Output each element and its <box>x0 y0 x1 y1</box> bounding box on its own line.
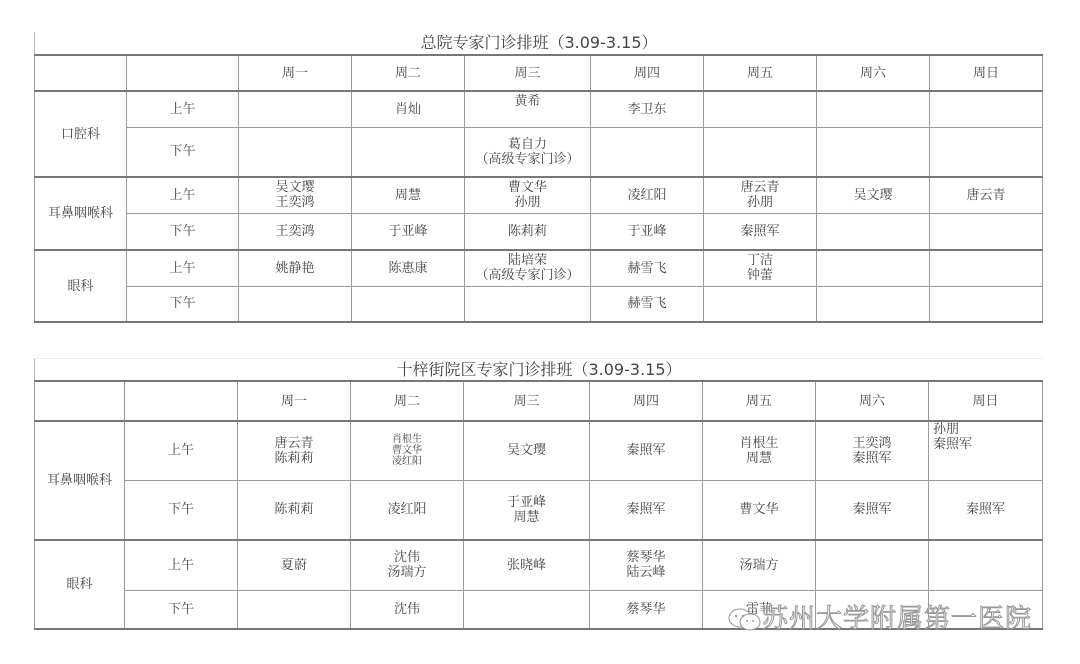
doctor-cell <box>239 286 352 322</box>
day-header: 周日 <box>929 381 1043 421</box>
day-header: 周三 <box>465 55 591 91</box>
doctor-cell: 黄希 <box>465 91 591 127</box>
doctor-cell <box>817 127 930 177</box>
schedule-table: 周一 周二 周三 周四 周五 周六 周日 耳鼻咽喉科 上午 唐云青 陈莉莉 肖根… <box>34 380 1043 630</box>
doctor-cell: 唐云青 <box>930 177 1043 213</box>
doctor-cell: 周慧 <box>352 177 465 213</box>
doctor-cell: 赫雪飞 <box>591 286 704 322</box>
doctor-cell: 秦照军 <box>704 213 817 250</box>
wechat-icon <box>728 607 762 633</box>
department-cell: 口腔科 <box>35 91 127 177</box>
doctor-cell <box>930 127 1043 177</box>
day-header: 周六 <box>817 55 930 91</box>
doctor-cell <box>930 213 1043 250</box>
schedule-table: 周一 周二 周三 周四 周五 周六 周日 口腔科 上午 肖灿 黄希 李卫东 下午… <box>34 54 1043 323</box>
doctor-cell: 张晓峰 <box>464 540 590 590</box>
day-header: 周三 <box>464 381 590 421</box>
doctor-cell: 汤瑞方 <box>703 540 816 590</box>
doctor-cell <box>817 250 930 286</box>
session-cell: 下午 <box>125 480 238 540</box>
header-row: 周一 周二 周三 周四 周五 周六 周日 <box>35 381 1043 421</box>
doctor-cell <box>817 286 930 322</box>
doctor-cell <box>464 590 590 629</box>
table-row: 口腔科 上午 肖灿 黄希 李卫东 <box>35 91 1043 127</box>
day-header: 周六 <box>816 381 929 421</box>
doctor-cell: 秦照军 <box>590 421 703 480</box>
doctor-cell: 凌红阳 <box>591 177 704 213</box>
doctor-cell: 陈莉莉 <box>465 213 591 250</box>
doctor-cell: 唐云青 孙朋 <box>704 177 817 213</box>
doctor-cell <box>929 540 1043 590</box>
doctor-cell: 唐云青 陈莉莉 <box>238 421 351 480</box>
doctor-cell: 秦照军 <box>590 480 703 540</box>
doctor-cell: 秦照军 <box>929 480 1043 540</box>
doctor-cell <box>238 590 351 629</box>
doctor-cell <box>704 286 817 322</box>
doctor-cell <box>704 91 817 127</box>
doctor-cell: 蔡琴华 <box>590 590 703 629</box>
watermark-text: 苏州大学附属第一医院 <box>762 604 1032 634</box>
doctor-cell: 吴文璎 <box>817 177 930 213</box>
table-row: 耳鼻咽喉科 上午 唐云青 陈莉莉 肖根生 曹文华 凌红阳 吴文璎 秦照军 肖根生… <box>35 421 1043 480</box>
doctor-cell: 凌红阳 <box>351 480 464 540</box>
table-row: 下午 葛自力 （高级专家门诊） <box>35 127 1043 177</box>
day-header: 周四 <box>590 381 703 421</box>
doctor-cell: 李卫东 <box>591 91 704 127</box>
header-row: 周一 周二 周三 周四 周五 周六 周日 <box>35 55 1043 91</box>
doctor-cell <box>930 91 1043 127</box>
doctor-cell: 王奕鸿 秦照军 <box>816 421 929 480</box>
doctor-cell <box>239 91 352 127</box>
corner-cell <box>127 55 239 91</box>
session-cell: 上午 <box>125 540 238 590</box>
day-header: 周二 <box>351 381 464 421</box>
corner-cell <box>125 381 238 421</box>
doctor-cell: 于亚峰 <box>591 213 704 250</box>
doctor-cell: 蔡琴华 陆云峰 <box>590 540 703 590</box>
doctor-cell: 丁洁 钟蕾 <box>704 250 817 286</box>
table-row: 眼科 上午 夏蔚 沈伟 汤瑞方 张晓峰 蔡琴华 陆云峰 汤瑞方 <box>35 540 1043 590</box>
doctor-cell: 于亚峰 <box>352 213 465 250</box>
doctor-cell: 葛自力 （高级专家门诊） <box>465 127 591 177</box>
doctor-cell: 陈惠康 <box>352 250 465 286</box>
day-header: 周四 <box>591 55 704 91</box>
session-cell: 上午 <box>125 421 238 480</box>
session-cell: 下午 <box>127 213 239 250</box>
doctor-cell: 曹文华 孙朋 <box>465 177 591 213</box>
doctor-cell <box>352 127 465 177</box>
doctor-cell <box>817 91 930 127</box>
day-header: 周一 <box>238 381 351 421</box>
session-cell: 下午 <box>125 590 238 629</box>
day-header: 周五 <box>704 55 817 91</box>
doctor-cell: 秦照军 <box>816 480 929 540</box>
doctor-cell: 吴文璎 <box>464 421 590 480</box>
table-row: 下午 陈莉莉 凌红阳 于亚峰 周慧 秦照军 曹文华 秦照军 秦照军 <box>35 480 1043 540</box>
session-cell: 上午 <box>127 250 239 286</box>
table-title: 总院专家门诊排班（3.09-3.15） <box>34 32 1043 54</box>
doctor-cell <box>816 540 929 590</box>
doctor-cell <box>591 127 704 177</box>
doctor-cell: 沈伟 汤瑞方 <box>351 540 464 590</box>
day-header: 周一 <box>239 55 352 91</box>
department-cell: 耳鼻咽喉科 <box>35 177 127 250</box>
doctor-cell: 于亚峰 周慧 <box>464 480 590 540</box>
session-cell: 下午 <box>127 286 239 322</box>
day-header: 周二 <box>352 55 465 91</box>
day-header: 周五 <box>703 381 816 421</box>
doctor-cell <box>817 213 930 250</box>
watermark: 苏州大学附属第一医院 <box>728 598 1032 635</box>
doctor-cell: 赫雪飞 <box>591 250 704 286</box>
doctor-cell <box>930 250 1043 286</box>
doctor-cell: 肖根生 周慧 <box>703 421 816 480</box>
doctor-cell: 肖根生 曹文华 凌红阳 <box>351 421 464 480</box>
session-cell: 上午 <box>127 91 239 127</box>
table-row: 下午 王奕鸿 于亚峰 陈莉莉 于亚峰 秦照军 <box>35 213 1043 250</box>
table-row: 眼科 上午 姚静艳 陈惠康 陆培荣 （高级专家门诊） 赫雪飞 丁洁 钟蕾 <box>35 250 1043 286</box>
table-title: 十梓街院区专家门诊排班（3.09-3.15） <box>34 358 1043 381</box>
doctor-cell: 吴文璎 王奕鸿 <box>239 177 352 213</box>
doctor-cell: 夏蔚 <box>238 540 351 590</box>
table-row: 下午 赫雪飞 <box>35 286 1043 322</box>
department-cell: 耳鼻咽喉科 <box>35 421 125 540</box>
doctor-cell: 王奕鸿 <box>239 213 352 250</box>
department-cell: 眼科 <box>35 250 127 322</box>
corner-cell <box>35 55 127 91</box>
department-cell: 眼科 <box>35 540 125 629</box>
doctor-cell: 陈莉莉 <box>238 480 351 540</box>
doctor-cell: 肖灿 <box>352 91 465 127</box>
doctor-cell: 沈伟 <box>351 590 464 629</box>
doctor-cell <box>239 127 352 177</box>
corner-cell <box>35 381 125 421</box>
session-cell: 上午 <box>127 177 239 213</box>
doctor-cell: 陆培荣 （高级专家门诊） <box>465 250 591 286</box>
day-header: 周日 <box>930 55 1043 91</box>
doctor-cell <box>465 286 591 322</box>
doctor-cell <box>704 127 817 177</box>
session-cell: 下午 <box>127 127 239 177</box>
doctor-cell: 曹文华 <box>703 480 816 540</box>
table-row: 耳鼻咽喉科 上午 吴文璎 王奕鸿 周慧 曹文华 孙朋 凌红阳 唐云青 孙朋 吴文… <box>35 177 1043 213</box>
doctor-cell <box>930 286 1043 322</box>
doctor-cell: 姚静艳 <box>239 250 352 286</box>
doctor-cell: 孙朋 秦照军 <box>929 421 1043 480</box>
doctor-cell <box>352 286 465 322</box>
